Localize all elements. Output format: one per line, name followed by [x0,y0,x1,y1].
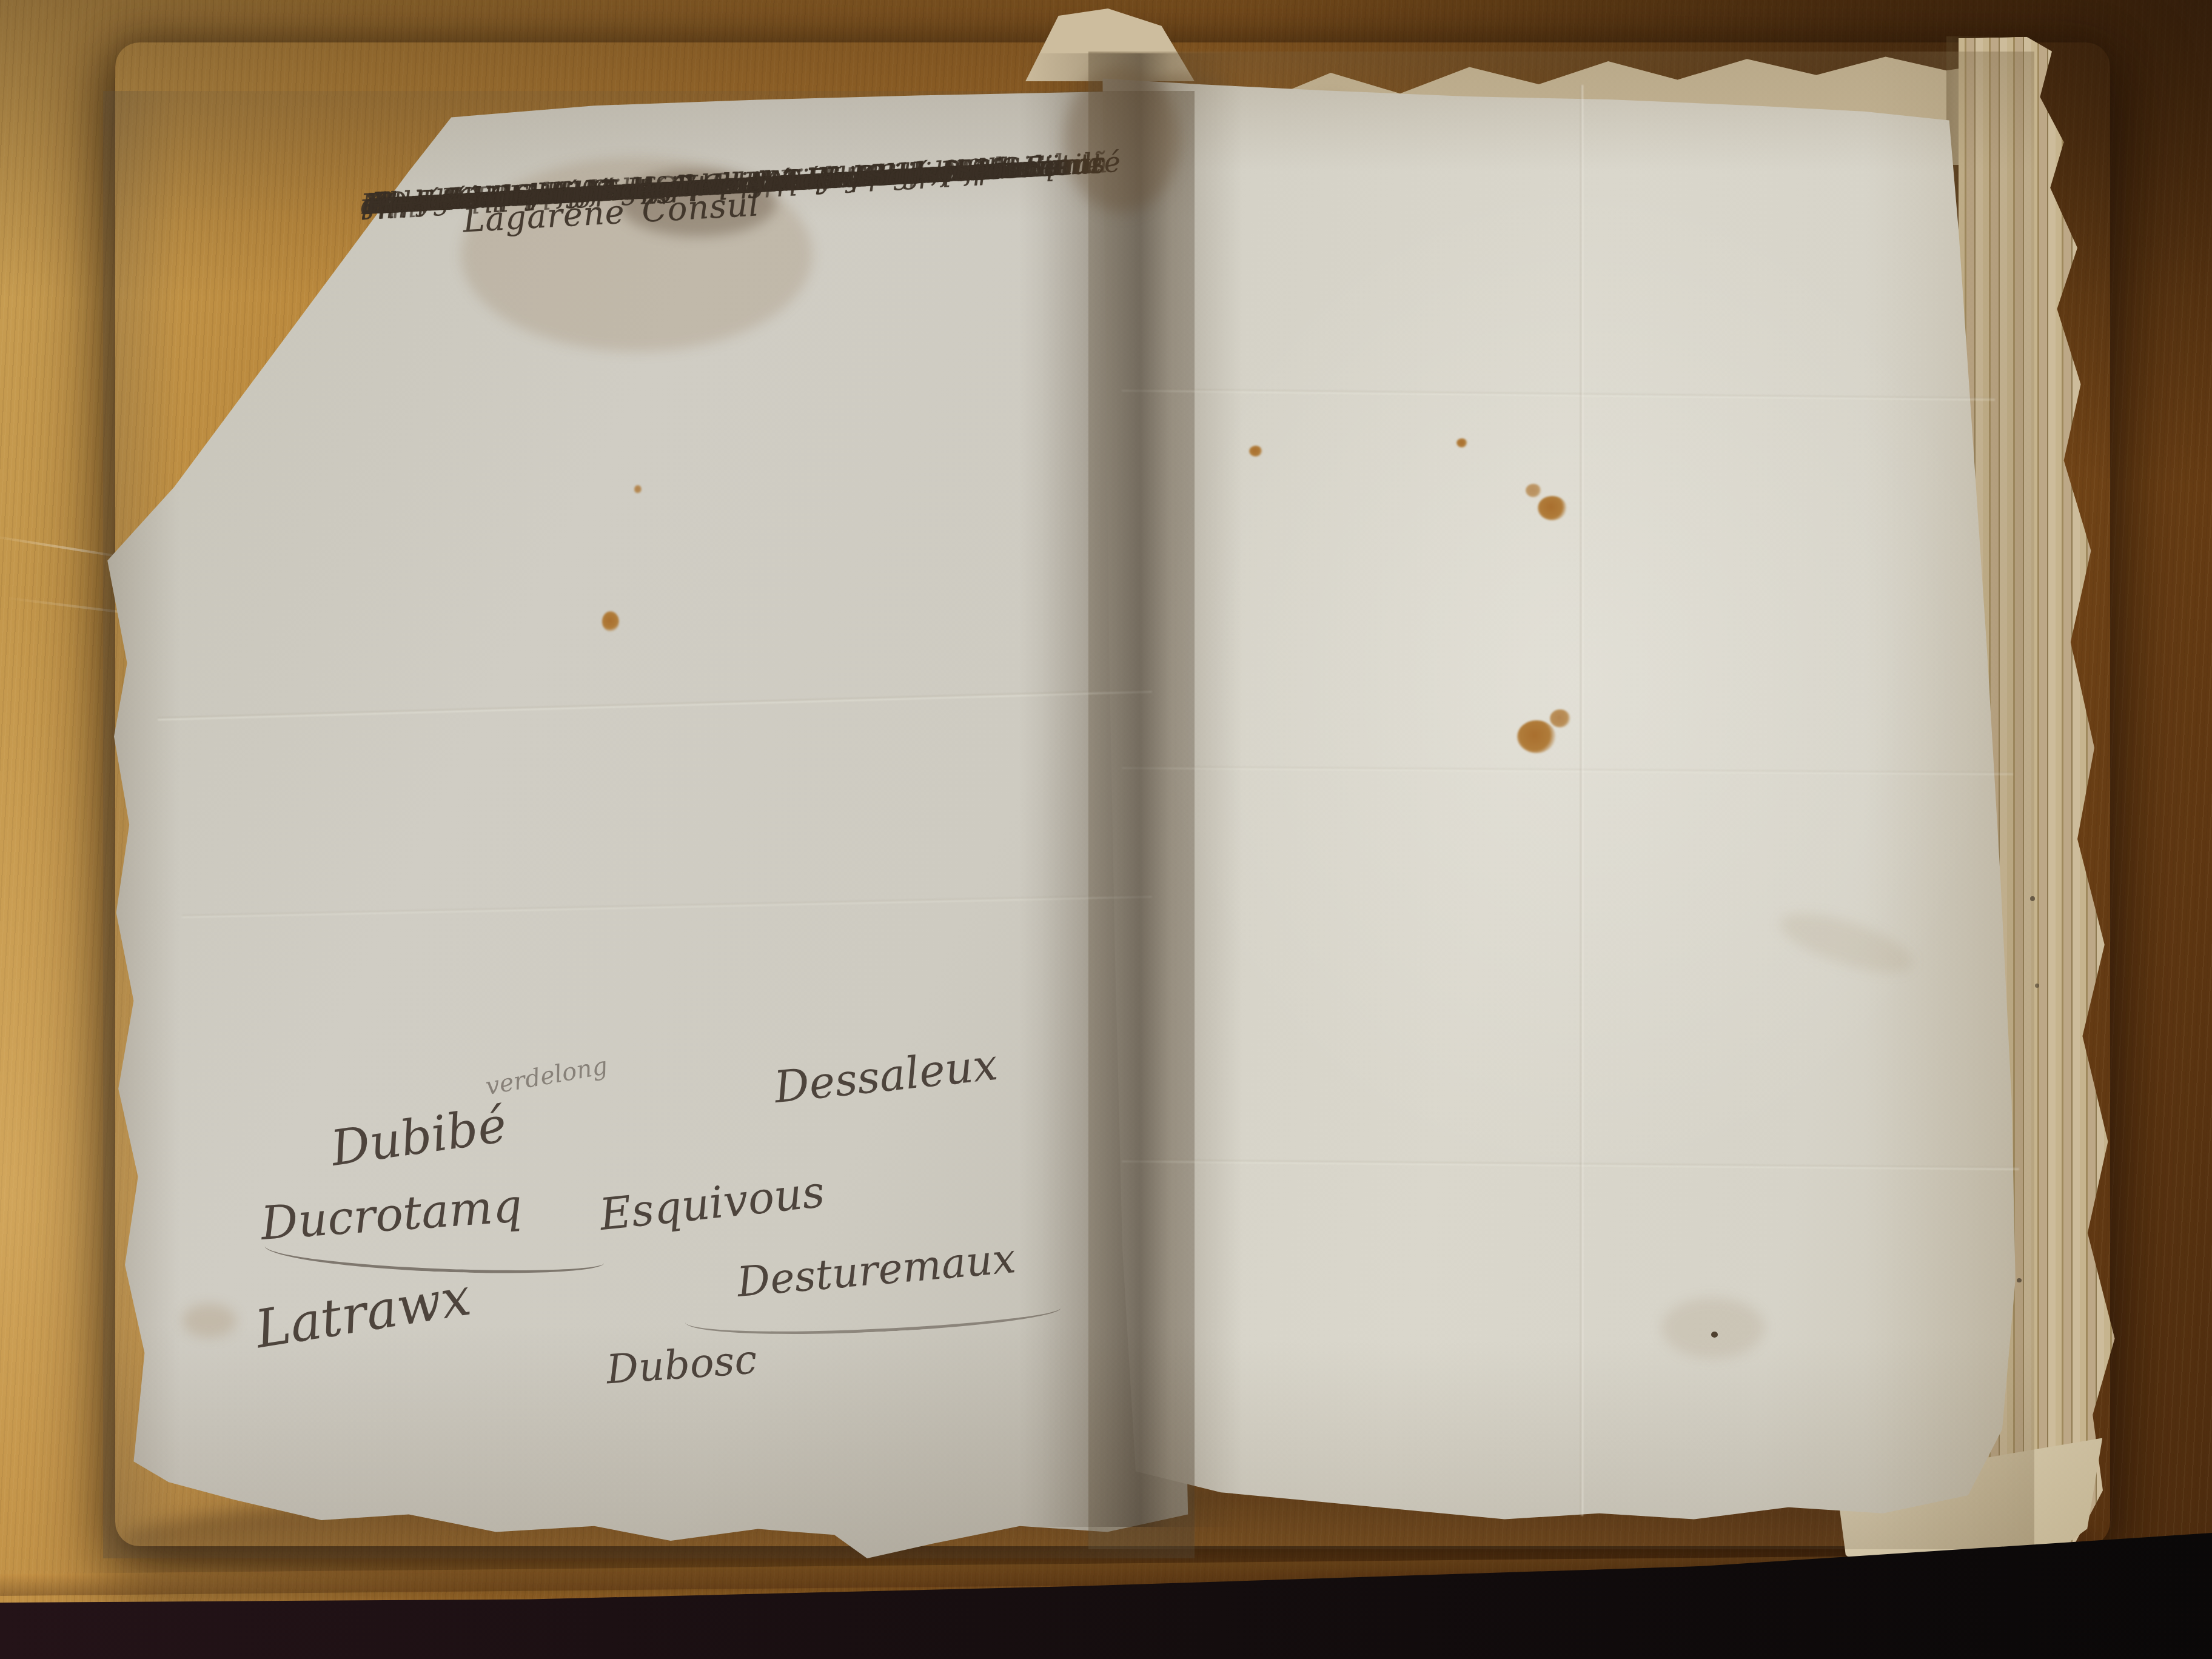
stain-smudge [1661,1298,1765,1358]
foxing-stain [1517,720,1556,753]
foxing-stain [1456,438,1467,447]
foxing-stain [634,485,642,494]
stain-smudge [182,1304,236,1338]
ink-speck [2030,896,2035,901]
gutter-dirt [1064,67,1179,212]
ink-speck [2017,1278,2022,1282]
foxing-stain [1550,709,1570,728]
manuscript-photo: PAPIER quelqun qui aille incessament aud… [0,0,2212,1659]
foxing-stain [1538,496,1567,520]
foxing-stain [602,611,619,632]
foxing-stain [1526,484,1541,497]
foxing-stain [1249,446,1262,457]
fold-crease-vertical [1580,85,1583,1516]
gutter-shadow [1019,53,1243,1527]
ink-speck [2035,984,2039,988]
